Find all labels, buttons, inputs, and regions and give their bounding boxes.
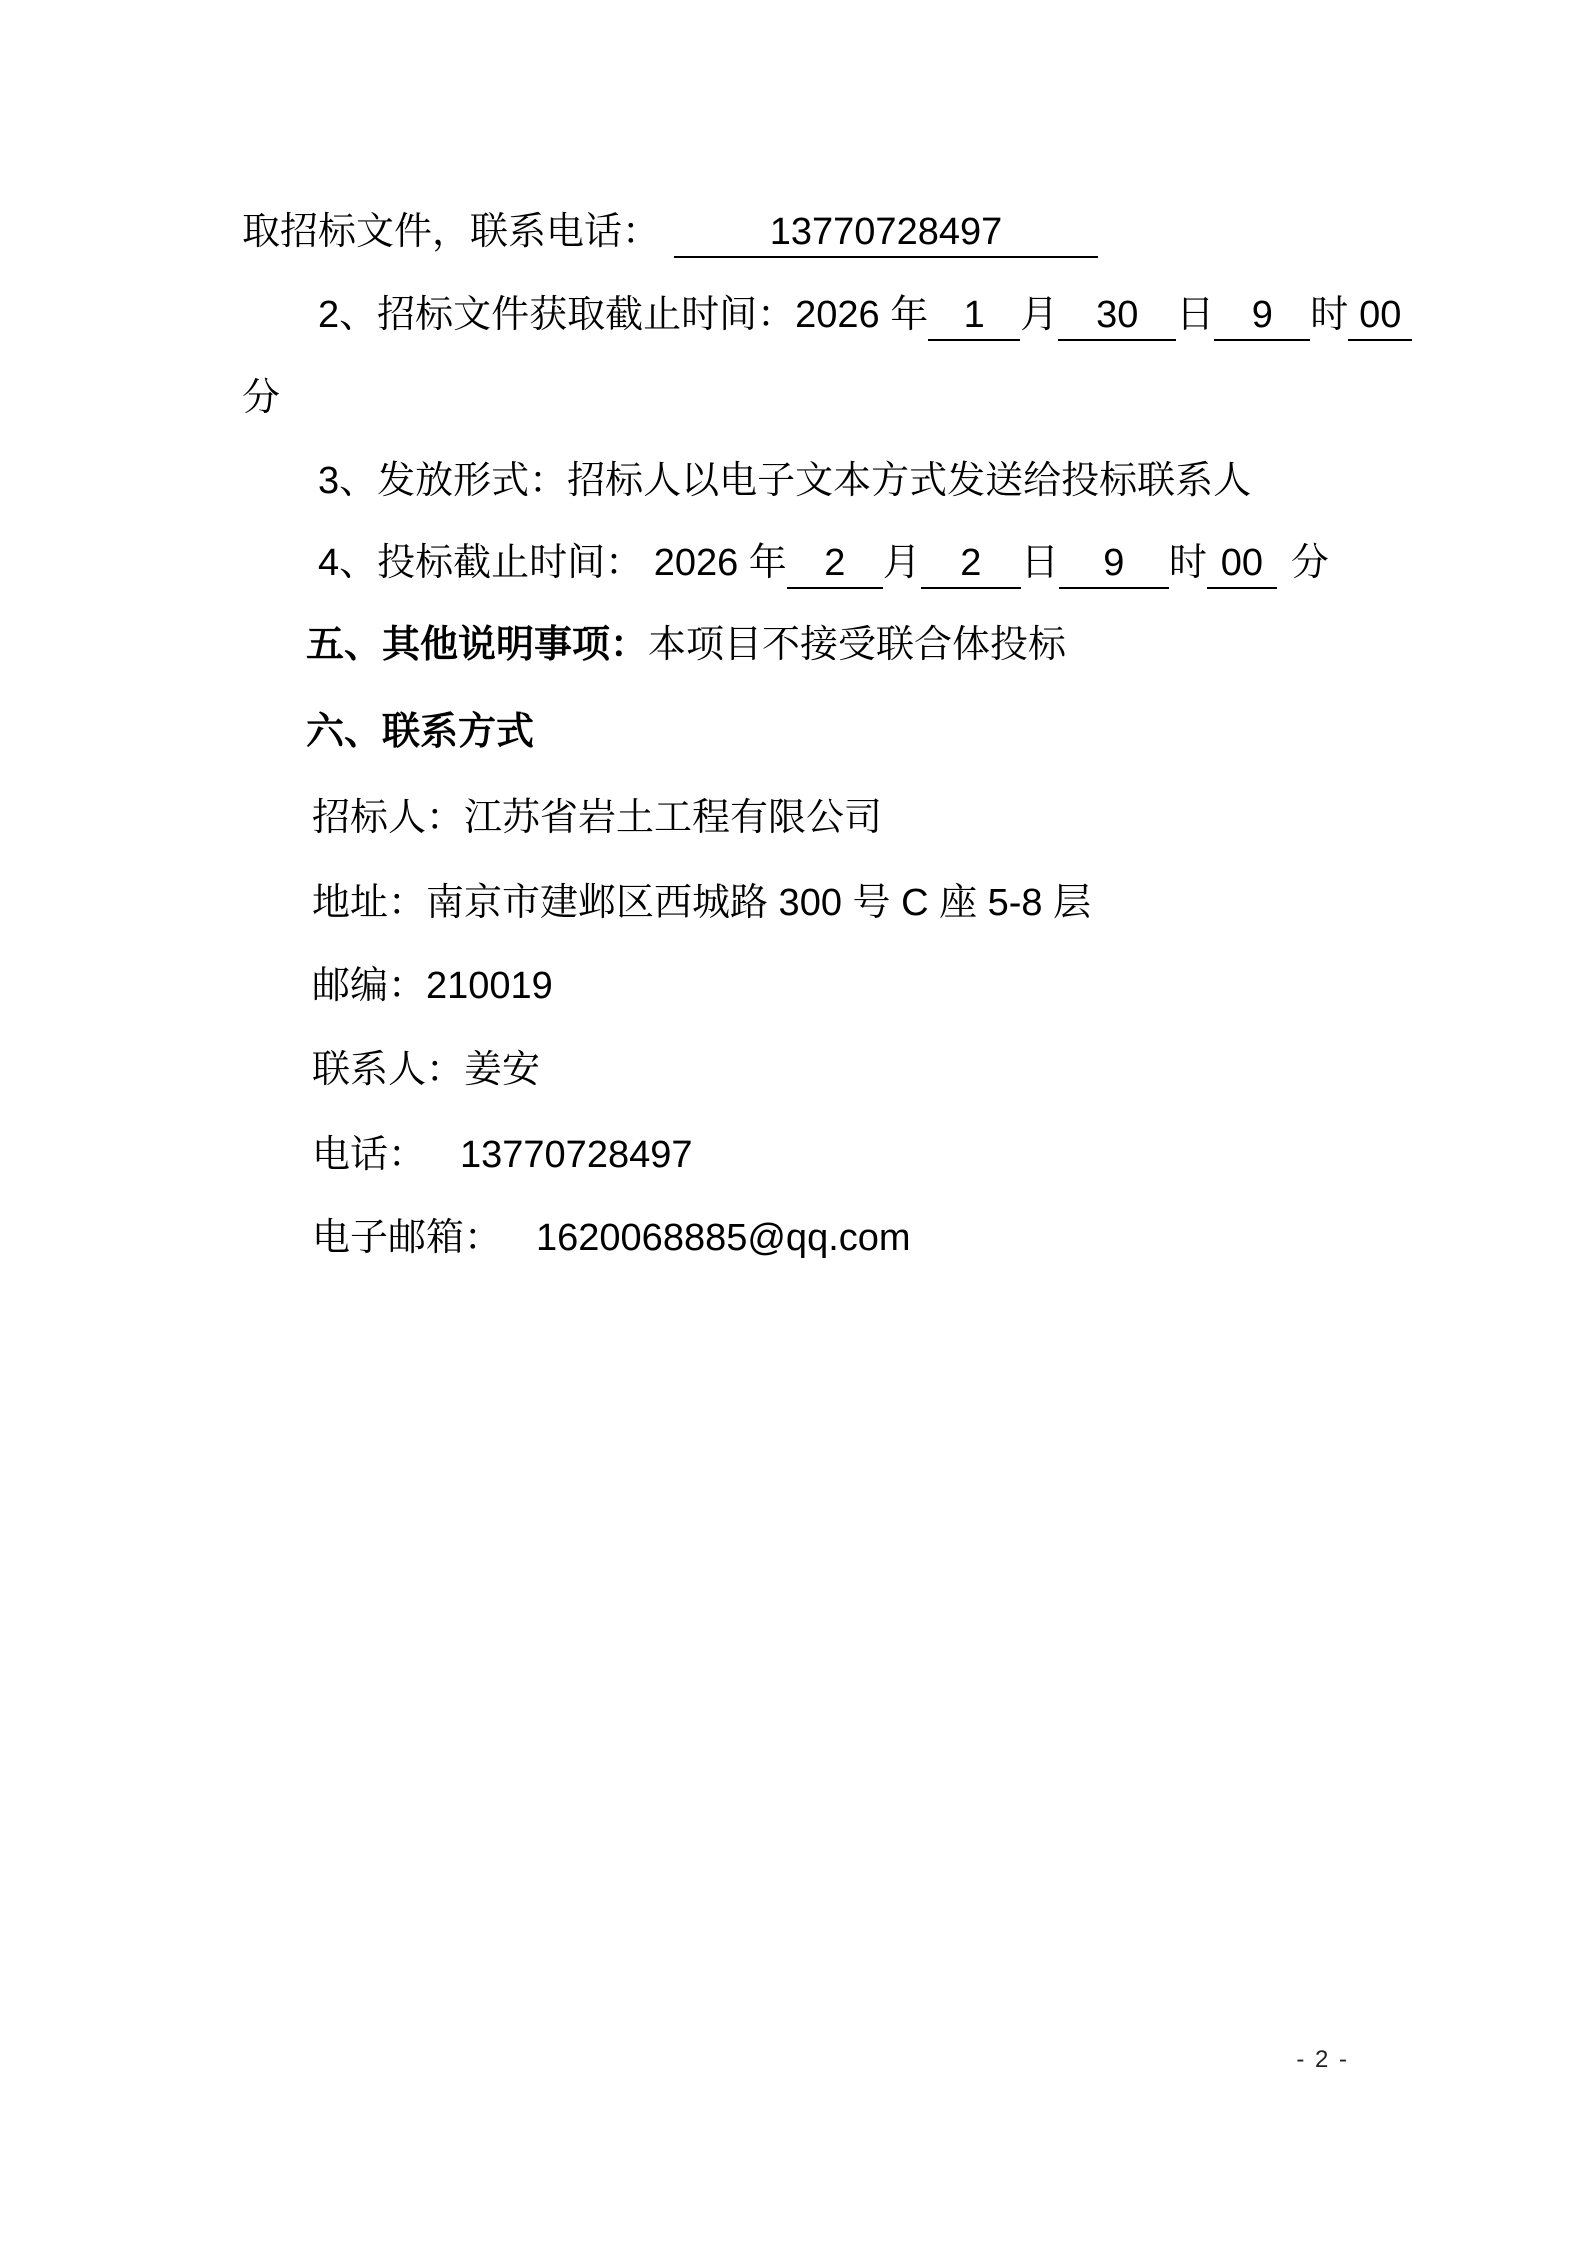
contact-email: 电子邮箱：1620068885@qq.com xyxy=(312,1214,911,1262)
bid-day-label: 日 xyxy=(1021,542,1059,584)
document-page: 取招标文件，联系电话：13770728497 2、招标文件获取截止时间：2026… xyxy=(0,0,1587,2245)
bid-day-blank: 2 xyxy=(921,539,1021,589)
day-label: 日 xyxy=(1176,294,1214,336)
contact-postcode: 邮编：210019 xyxy=(312,962,553,1010)
minute-blank: 00 xyxy=(1348,291,1412,341)
month-label: 月 xyxy=(1020,294,1058,336)
bid-hour-blank: 9 xyxy=(1059,539,1169,589)
email-label: 电子邮箱： xyxy=(312,1217,502,1259)
hour-blank: 9 xyxy=(1214,291,1310,341)
bid-month-label: 月 xyxy=(883,542,921,584)
bid-month-blank: 2 xyxy=(787,539,883,589)
paragraph-other-notes: 五、其他说明事项：本项目不接受联合体投标 xyxy=(306,621,1066,669)
contact-person: 联系人：姜安 xyxy=(312,1046,540,1094)
other-notes-heading: 五、其他说明事项： xyxy=(306,624,648,666)
bid-hour-label: 时 xyxy=(1169,542,1207,584)
phone-value: 13770728497 xyxy=(460,1134,692,1176)
obtain-deadline-text: 2、招标文件获取截止时间：2026 年 xyxy=(318,294,928,336)
contact-address: 地址：南京市建邺区西城路 300 号 C 座 5-8 层 xyxy=(312,879,1091,927)
contact-phone: 电话：13770728497 xyxy=(312,1131,693,1179)
minute-wrap-text: 分 xyxy=(242,377,280,419)
tenderer-text: 招标人：江苏省岩土工程有限公司 xyxy=(312,797,882,839)
phone-label: 电话： xyxy=(312,1134,426,1176)
other-notes-text: 本项目不接受联合体投标 xyxy=(648,624,1066,666)
month-blank: 1 xyxy=(928,291,1020,341)
hour-label: 时 xyxy=(1310,294,1348,336)
distribution-text: 3、发放形式：招标人以电子文本方式发送给投标联系人 xyxy=(318,460,1251,502)
day-blank: 30 xyxy=(1058,291,1176,341)
address-text: 地址：南京市建邺区西城路 300 号 C 座 5-8 层 xyxy=(312,882,1091,924)
obtain-file-phone-text: 取招标文件，联系电话： xyxy=(242,211,660,253)
person-text: 联系人：姜安 xyxy=(312,1049,540,1091)
paragraph-minute-wrap: 分 xyxy=(242,374,280,422)
bid-minute-blank: 00 xyxy=(1207,539,1277,589)
bid-deadline-text: 4、投标截止时间： 2026 年 xyxy=(318,542,787,584)
paragraph-obtain-deadline: 2、招标文件获取截止时间：2026 年1月30日9时00 xyxy=(318,291,1412,341)
page-number: - 2 - xyxy=(1296,2046,1349,2074)
email-value: 1620068885@qq.com xyxy=(536,1217,911,1259)
postcode-text: 邮编：210019 xyxy=(312,965,553,1007)
contact-tenderer: 招标人：江苏省岩土工程有限公司 xyxy=(312,794,882,842)
bid-minute-label: 分 xyxy=(1291,542,1329,584)
contact-heading-text: 六、联系方式 xyxy=(306,711,534,753)
paragraph-bid-deadline: 4、投标截止时间： 2026 年2月2日9时00分 xyxy=(318,539,1329,589)
phone-blank-underline: 13770728497 xyxy=(674,208,1098,258)
paragraph-obtain-file-phone: 取招标文件，联系电话：13770728497 xyxy=(242,208,1098,258)
paragraph-distribution: 3、发放形式：招标人以电子文本方式发送给投标联系人 xyxy=(318,457,1251,505)
contact-section-heading: 六、联系方式 xyxy=(306,708,534,756)
